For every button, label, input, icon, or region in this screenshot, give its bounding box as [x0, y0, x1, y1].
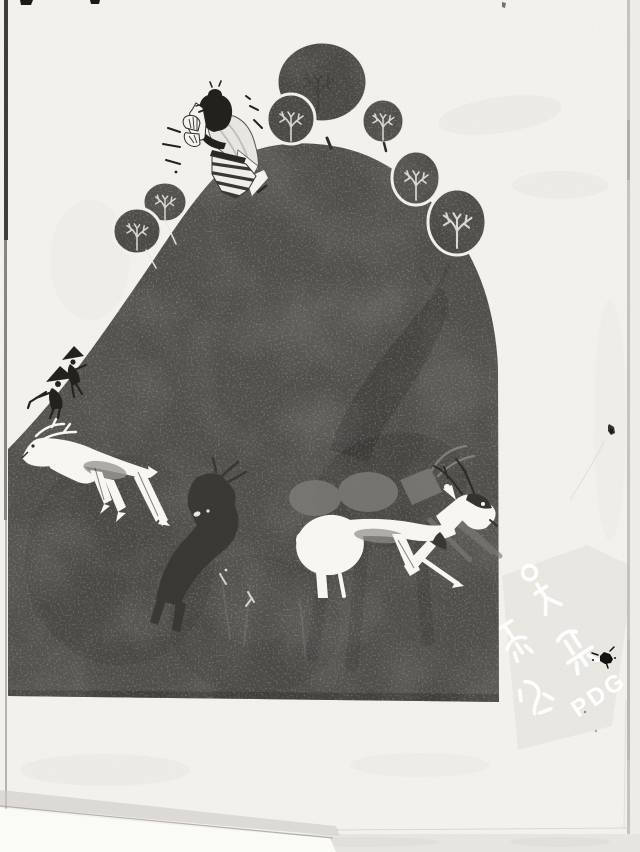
top-edge-mark	[90, 0, 100, 4]
book-page-scan: PDG	[0, 0, 640, 852]
illustration-canvas: PDG	[0, 0, 640, 852]
page-grain-overlay	[0, 0, 640, 852]
scan-left-edge	[4, 0, 8, 240]
top-edge-mark	[20, 0, 33, 5]
